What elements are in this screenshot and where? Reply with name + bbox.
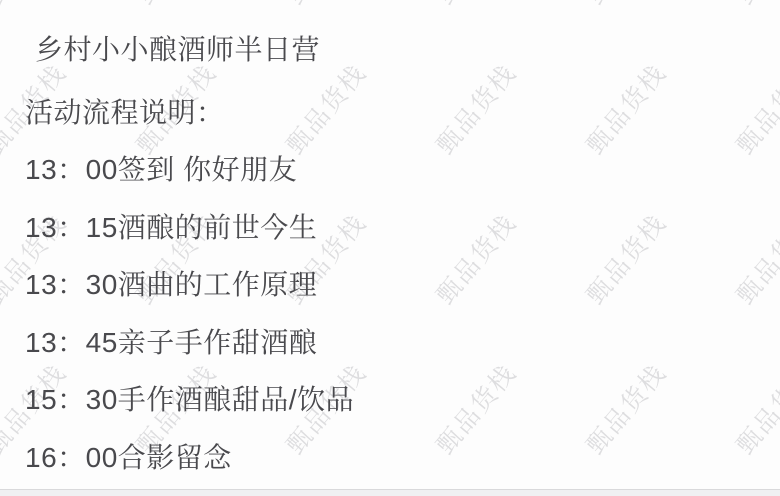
watermark-text: 甄品货栈 xyxy=(726,355,780,461)
schedule-line: 16：00合影留念 xyxy=(25,429,354,487)
schedule-line: 13：45亲子手作甜酒酿 xyxy=(25,314,354,372)
watermark-text: 甄品货栈 xyxy=(426,355,523,461)
watermark-text: 甄品货栈 xyxy=(576,355,673,461)
activity-schedule-image: 甄品货栈甄品货栈甄品货栈甄品货栈甄品货栈甄品货栈甄品货栈甄品货栈甄品货栈甄品货栈… xyxy=(0,0,780,496)
schedule-content: 乡村小小酿酒师半日营 活动流程说明： 13：00签到 你好朋友 13：15酒酿的… xyxy=(25,21,354,486)
watermark-text: 甄品货栈 xyxy=(276,0,373,11)
watermark-text: 甄品货栈 xyxy=(426,205,523,311)
watermark-text: 甄品货栈 xyxy=(426,55,523,161)
schedule-line: 13：15酒酿的前世今生 xyxy=(25,199,354,257)
watermark-text: 甄品货栈 xyxy=(0,0,74,11)
watermark-text: 甄品货栈 xyxy=(726,205,780,311)
schedule-heading: 活动流程说明： xyxy=(25,84,354,142)
watermark-text: 甄品货栈 xyxy=(576,55,673,161)
schedule-line: 15：30手作酒酿甜品/饮品 xyxy=(25,371,354,429)
watermark-text: 甄品货栈 xyxy=(726,55,780,161)
watermark-text: 甄品货栈 xyxy=(126,0,223,11)
watermark-text: 甄品货栈 xyxy=(726,0,780,11)
watermark-text: 甄品货栈 xyxy=(576,205,673,311)
watermark-text: 甄品货栈 xyxy=(576,0,673,11)
bottom-edge-bar xyxy=(0,489,780,496)
camp-title: 乡村小小酿酒师半日营 xyxy=(35,21,354,79)
watermark-text: 甄品货栈 xyxy=(426,0,523,11)
schedule-line: 13：30酒曲的工作原理 xyxy=(25,256,354,314)
schedule-line: 13：00签到 你好朋友 xyxy=(25,141,354,199)
